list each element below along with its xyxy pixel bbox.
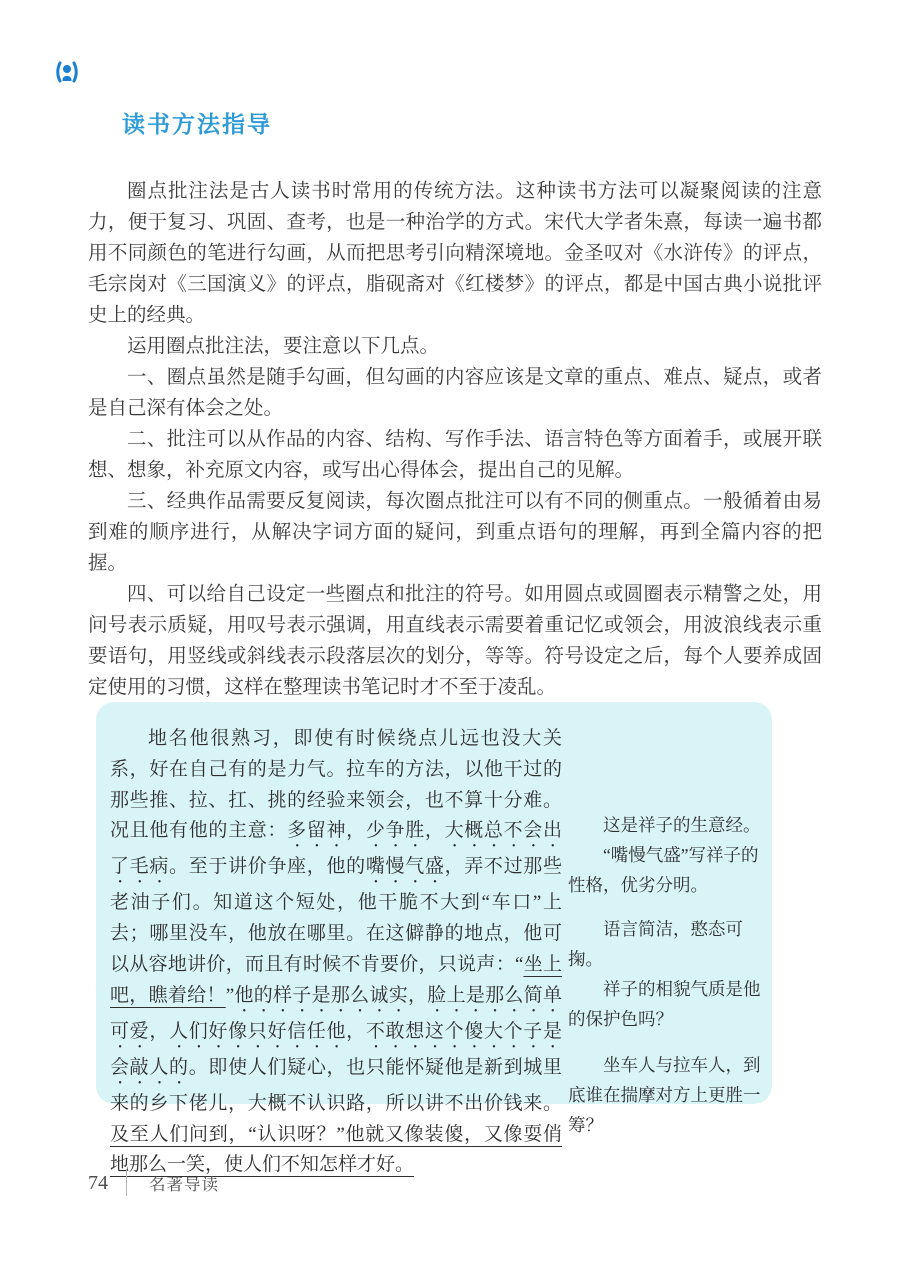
article-paragraph-2: 运用圈点批注法，要注意以下几点。 (88, 331, 822, 362)
textbook-page: 读书方法指导 圈点批注法是古人读书时常用的传统方法。这种读书方法可以凝聚阅读的注… (0, 0, 904, 1264)
annotation-example-box: 地名他很熟习，即使有时候绕点儿远也没大关系，好在自己有的是力气。拉车的方法，以他… (96, 702, 772, 1104)
annotation-text: 祥子的相貌气质是他的保护色吗？ (568, 974, 768, 1034)
footer-divider (126, 1170, 127, 1196)
annotation-block-2: 语言简洁，憨态可掬。 祥子的相貌气质是他的保护色吗？ (568, 914, 768, 1034)
person-in-parentheses-icon (52, 57, 82, 89)
annotation-text: 这是祥子的生意经。 (568, 810, 768, 840)
article-paragraph-3: 一、圈点虽然是随手勾画，但勾画的内容应该是文章的重点、难点、疑点，或者是自己深有… (88, 362, 822, 424)
excerpt-column: 地名他很熟习，即使有时候绕点儿远也没大关系，好在自己有的是力气。拉车的方法，以他… (110, 724, 562, 1104)
article-paragraph-6: 四、可以给自己设定一些圈点和批注的符号。如用圆点或圆圈表示精警之处，用问号表示质… (88, 579, 822, 703)
annotation-block-1: 这是祥子的生意经。 “嘴慢气盛”写祥子的性格，优劣分明。 (568, 810, 768, 900)
annotation-text: 语言简洁，憨态可掬。 (568, 914, 768, 974)
article-paragraph-1: 圈点批注法是古人读书时常用的传统方法。这种读书方法可以凝聚阅读的注意力，便于复习… (88, 176, 822, 331)
section-heading: 读书方法指导 (122, 106, 272, 139)
excerpt-paragraph: 地名他很熟习，即使有时候绕点儿远也没大关系，好在自己有的是力气。拉车的方法，以他… (110, 724, 562, 1181)
margin-annotations-column: 这是祥子的生意经。 “嘴慢气盛”写祥子的性格，优劣分明。 语言简洁，憨态可掬。 … (568, 724, 768, 1104)
article-paragraph-4: 二、批注可以从作品的内容、结构、写作手法、语言特色等方面着手，或展开联想、想象，… (88, 424, 822, 486)
page-number: 74 (88, 1172, 108, 1195)
footer-section-title: 名著导读 (149, 1171, 219, 1195)
annotation-text: “嘴慢气盛”写祥子的性格，优劣分明。 (568, 840, 768, 900)
annotation-block-3: 坐车人与拉车人，到底谁在揣摩对方上更胜一筹？ (568, 1050, 768, 1140)
publisher-logo-icon (52, 57, 82, 89)
article-paragraph-5: 三、经典作品需要反复阅读，每次圈点批注可以有不同的侧重点。一般循着由易到难的顺序… (88, 486, 822, 579)
annotation-text: 坐车人与拉车人，到底谁在揣摩对方上更胜一筹？ (568, 1050, 768, 1140)
page-footer: 74 名著导读 (88, 1168, 219, 1198)
article-body: 圈点批注法是古人读书时常用的传统方法。这种读书方法可以凝聚阅读的注意力，便于复习… (88, 176, 822, 734)
